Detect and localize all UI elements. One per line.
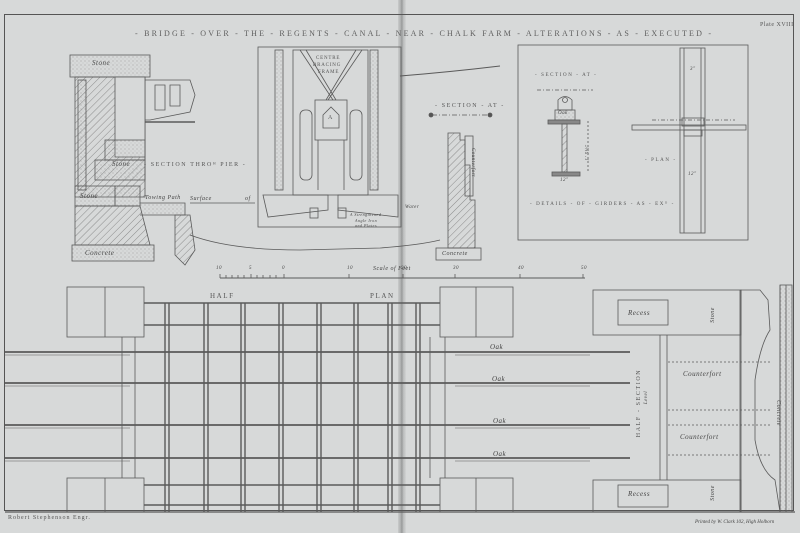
scale-tick-40: 40	[518, 266, 524, 271]
scale-tick-10b: 10	[347, 266, 353, 271]
girder-depth-dim: 1' 5½"	[586, 144, 591, 160]
pier-cap-label: Stone	[92, 59, 110, 67]
plan-top-dim: 3"	[690, 67, 696, 72]
of-label: of	[245, 196, 251, 202]
counterfort-label-1: Counterfort	[683, 370, 722, 378]
recess-top-label: Recess	[628, 309, 650, 317]
oak-label-3: Oak	[493, 417, 506, 425]
pier-stone-lower-label: Stone	[80, 192, 98, 200]
counterfort-label-vertical: Counterfort	[470, 148, 475, 177]
bracing-marker: A	[328, 115, 334, 121]
girder-plan-label: - PLAN -	[645, 158, 677, 163]
printer-credit: Printed by W. Clark 102, High Holborn	[695, 520, 774, 525]
counterfort-label-2: Counterfort	[680, 433, 719, 441]
concrete-vertical-label: Concrete	[775, 400, 781, 426]
half-section-label: HALF - SECTION	[636, 369, 642, 437]
water-label: Water	[405, 205, 419, 210]
surface-label: Surface	[190, 196, 212, 202]
oak-label-1: Oak	[490, 343, 503, 351]
girder-flange-dim: 12"	[560, 178, 569, 183]
scale-bar-drawing	[220, 274, 585, 278]
half-label: HALF	[210, 292, 235, 300]
abutment-base-label: Concrete	[442, 251, 468, 257]
recess-bottom-label: Recess	[628, 490, 650, 498]
bracing-note-1: A Strengthened	[350, 212, 381, 217]
plan-label: PLAN	[370, 292, 395, 300]
girder-section-label: - SECTION - AT -	[535, 73, 597, 78]
scale-tick-30: 30	[453, 266, 459, 271]
level-of-road-label: Level	[644, 391, 649, 404]
scale-tick-5: 5	[249, 266, 252, 271]
oak-label-2: Oak	[492, 375, 505, 383]
scale-tick-0: 0	[282, 266, 285, 271]
pier-section-label: - SECTION THROᴴ PIER -	[144, 162, 246, 168]
oak-label-4: Oak	[493, 450, 506, 458]
bracing-label-1: CENTRE	[316, 56, 340, 61]
engineer-credit: Robert Stephenson Engr.	[8, 515, 91, 521]
scale-tick-10a: 10	[216, 266, 222, 271]
scale-label: Scale of Feet	[373, 266, 411, 272]
abutment-section-drawing	[429, 113, 492, 260]
bracing-label-2: BRACING	[313, 63, 341, 68]
stone-bottom-label: Stone	[710, 485, 716, 501]
pier-stone-mid-label: Stone	[112, 160, 130, 168]
girder-caption: - DETAILS - OF - GIRDERS - AS - EXᴰ -	[530, 202, 675, 207]
girder-oak-label: Oak	[558, 111, 568, 116]
abutment-section-label: - SECTION - AT -	[435, 103, 505, 109]
scale-tick-50: 50	[581, 266, 587, 271]
towing-path-label: Towing Path	[145, 195, 181, 201]
half-plan-drawing	[5, 287, 795, 512]
stone-top-label: Stone	[710, 307, 716, 323]
plan-width-dim: 12"	[688, 172, 697, 177]
half-section-drawing	[593, 285, 792, 512]
bracing-label-3: FRAME	[318, 70, 339, 75]
pier-base-label: Concrete	[85, 249, 114, 257]
drawing-sheet: - BRIDGE - OVER - THE - REGENTS - CANAL …	[0, 0, 800, 533]
bracing-note-3: and Plates	[355, 223, 377, 228]
